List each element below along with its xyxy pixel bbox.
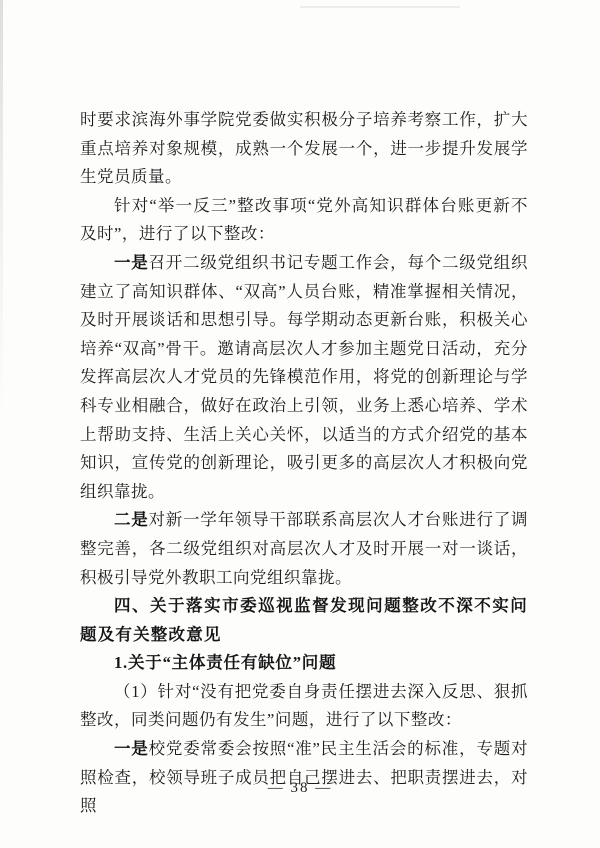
paragraph-continuation: 时要求滨海外事学院党委做实积极分子培养考察工作，扩大重点培养对象规模，成熟一个发… bbox=[80, 106, 528, 192]
paragraph-text: （1）针对“没有把党委自身责任摆进去深入反思、狠抓整改，同类问题仍有发生”问题，… bbox=[80, 682, 528, 730]
paragraph: 一是召开二级党组织书记专题工作会，每个二级党组织建立了高知识群体、“双高”人员台… bbox=[80, 249, 528, 506]
paragraph: 一是校党委常委会按照“准”民主生活会的标准，专题对照检查，校领导班子成员把自己摆… bbox=[80, 735, 528, 821]
paragraph: （1）针对“没有把党委自身责任摆进去深入反思、狠抓整改，同类问题仍有发生”问题，… bbox=[80, 678, 528, 735]
paragraph-text: 召开二级党组织书记专题工作会，每个二级党组织建立了高知识群体、“双高”人员台账，… bbox=[80, 253, 528, 501]
scan-artifact-left-edge bbox=[0, 0, 3, 420]
page-number: — 38 — bbox=[0, 780, 600, 797]
section-heading: 四、关于落实市委巡视监督发现问题整改不深不实问题及有关整改意见 bbox=[80, 592, 528, 649]
sub-heading-text: 1.关于“主体责任有缺位”问题 bbox=[114, 653, 336, 672]
paragraph-lead: 一是 bbox=[114, 739, 149, 758]
document-page: 时要求滨海外事学院党委做实积极分子培养考察工作，扩大重点培养对象规模，成熟一个发… bbox=[0, 0, 600, 848]
paragraph: 二是对新一学年领导干部联系高层次人才台账进行了调整完善，各二级党组织对高层次人才… bbox=[80, 506, 528, 592]
paragraph-text: 针对“举一反三”整改事项“党外高知识群体台账更新不及时”，进行了以下整改： bbox=[80, 196, 528, 244]
paragraph-lead: 一是 bbox=[114, 253, 149, 272]
paragraph: 针对“举一反三”整改事项“党外高知识群体台账更新不及时”，进行了以下整改： bbox=[80, 192, 528, 249]
paragraph-lead: 二是 bbox=[114, 510, 149, 529]
document-body: 时要求滨海外事学院党委做实积极分子培养考察工作，扩大重点培养对象规模，成熟一个发… bbox=[80, 106, 528, 821]
sub-heading: 1.关于“主体责任有缺位”问题 bbox=[80, 649, 528, 678]
scan-artifact-top-edge bbox=[300, 6, 460, 8]
paragraph-text: 时要求滨海外事学院党委做实积极分子培养考察工作，扩大重点培养对象规模，成熟一个发… bbox=[80, 110, 528, 186]
section-heading-text: 四、关于落实市委巡视监督发现问题整改不深不实问题及有关整改意见 bbox=[80, 596, 528, 644]
